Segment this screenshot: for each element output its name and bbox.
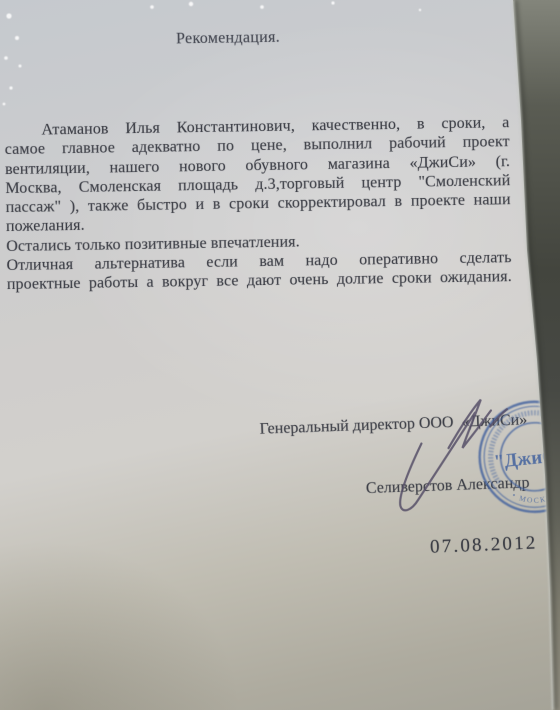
document-content: Рекомендация. Атаманов Илья Константинов… [0,0,560,710]
paper-sheet: Рекомендация. Атаманов Илья Константинов… [0,0,560,710]
document-date: 07.08.2012 [430,532,538,558]
handwritten-signature [0,0,560,710]
photo-frame: Рекомендация. Атаманов Илья Константинов… [0,0,560,710]
document-title: Рекомендация. [0,26,461,51]
document-body: Атаманов Илья Константинович, качественн… [4,113,512,295]
